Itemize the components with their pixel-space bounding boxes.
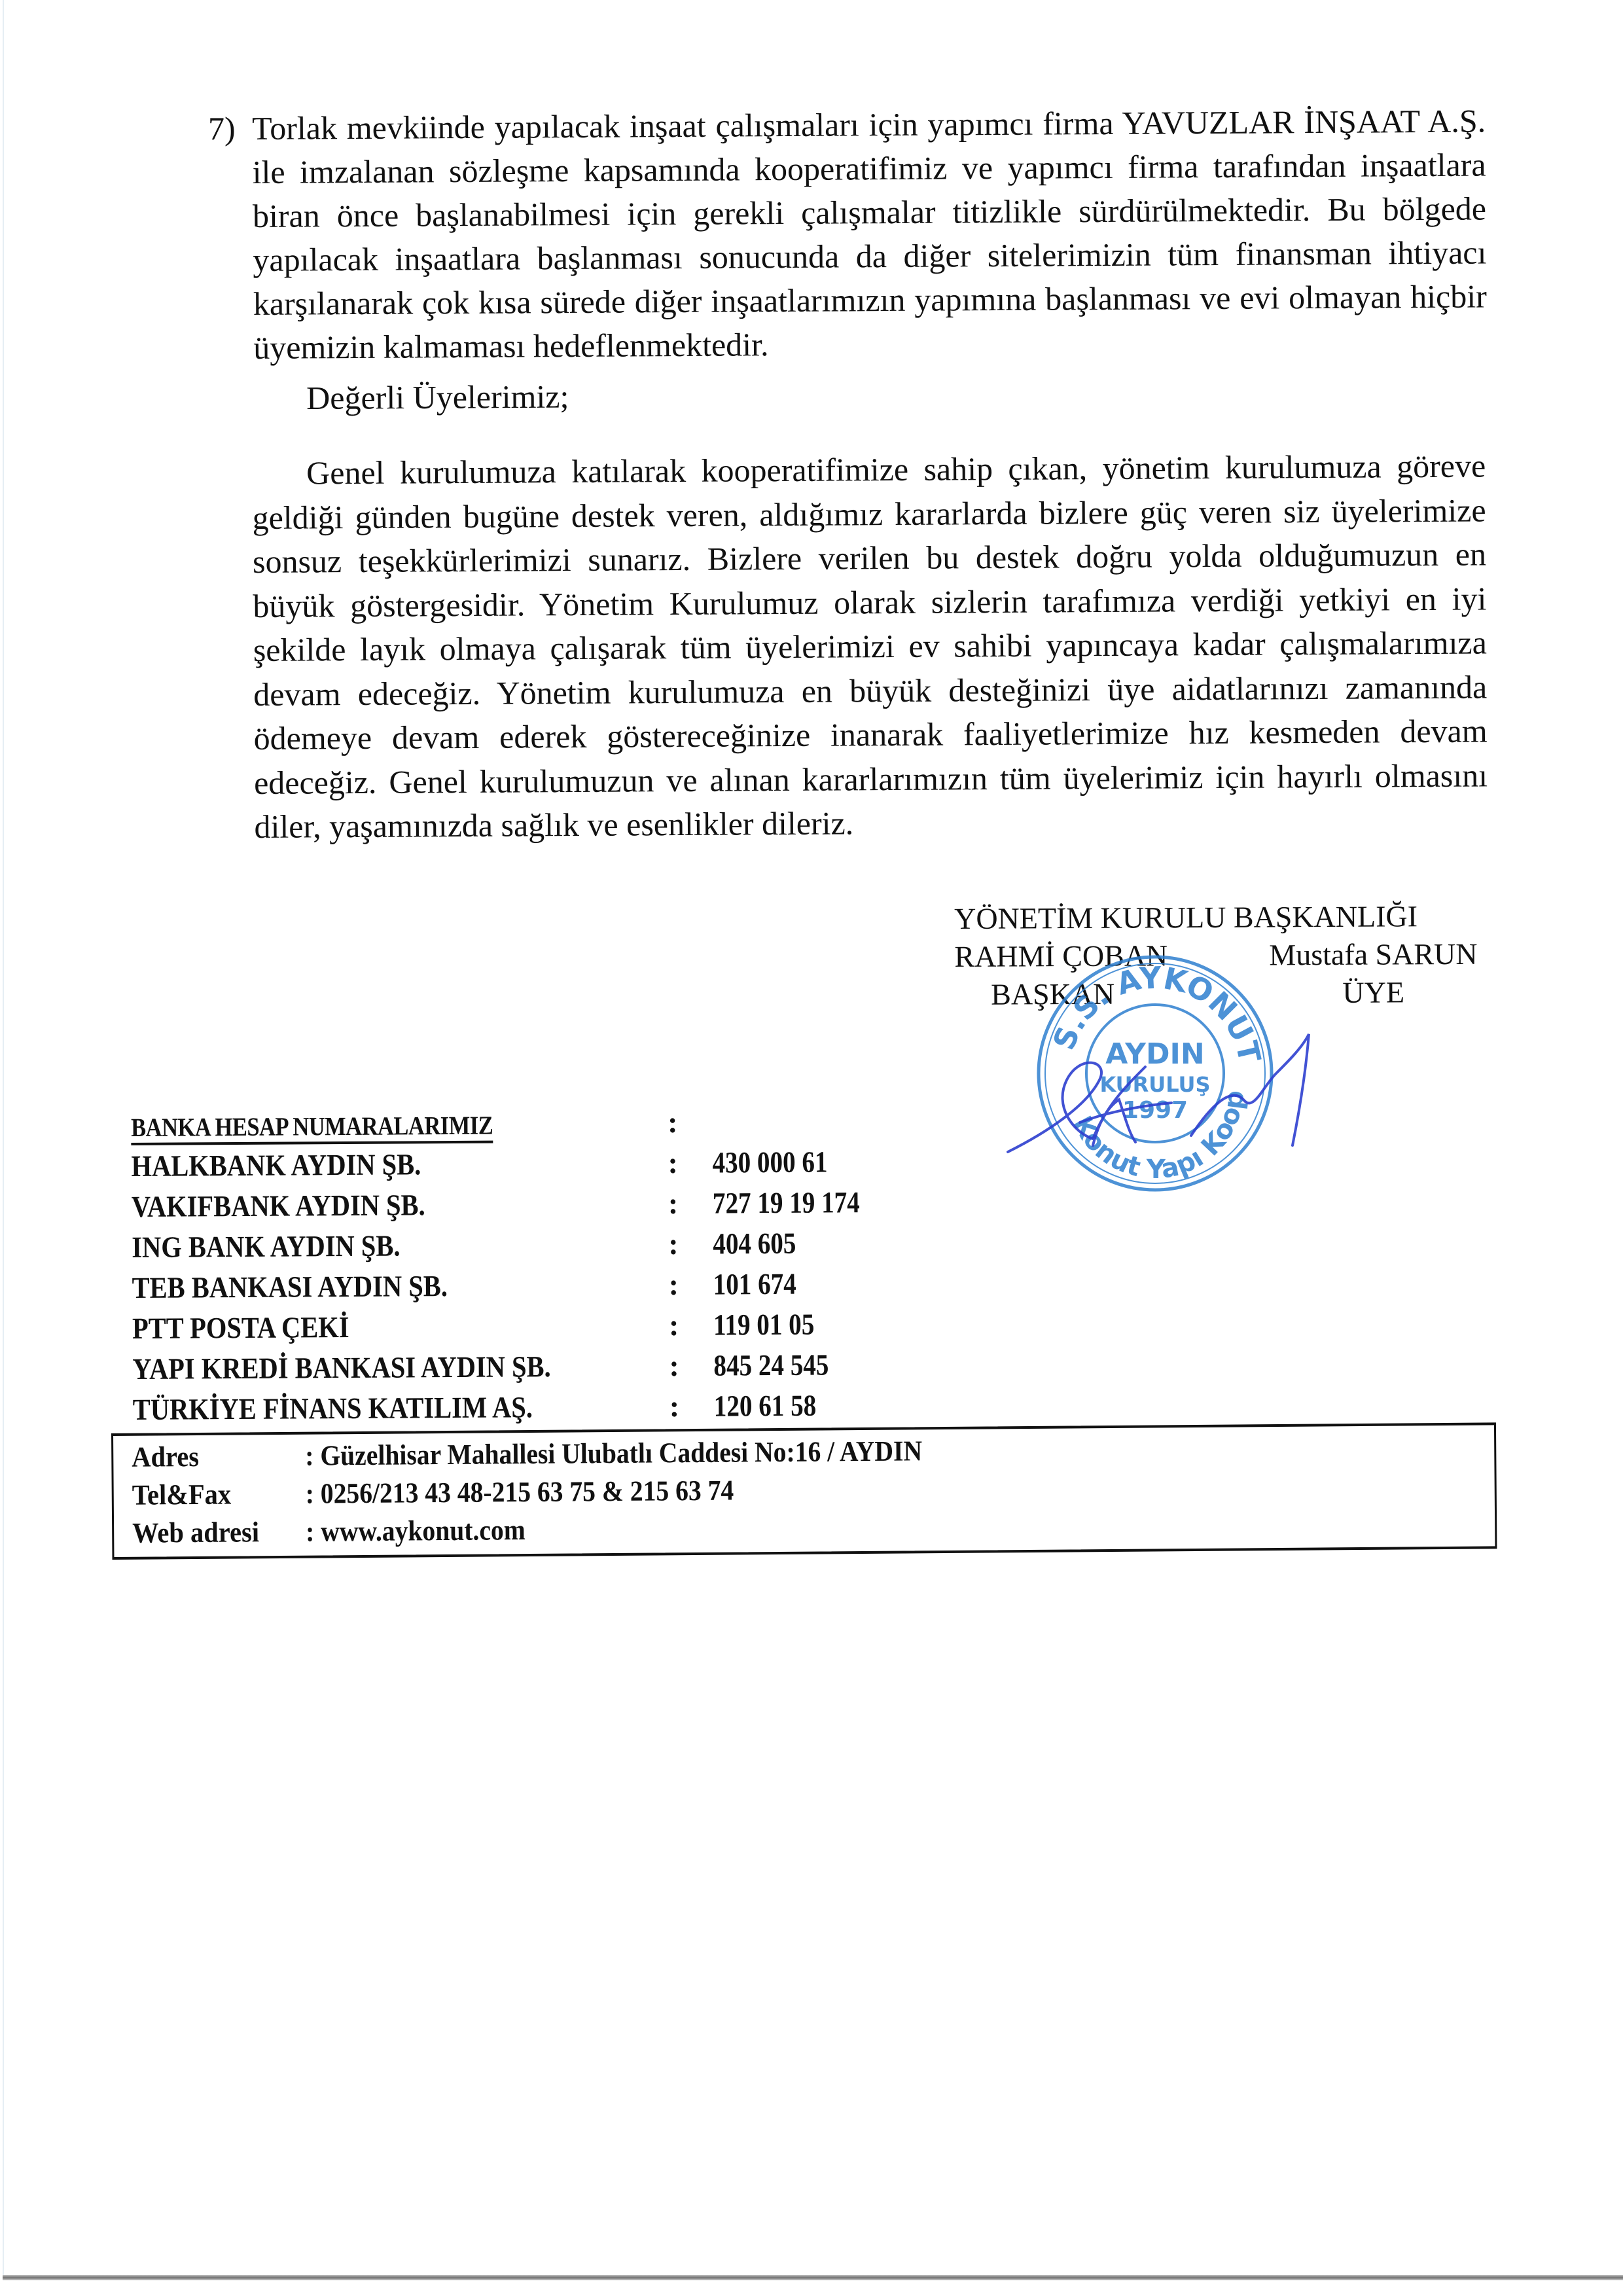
item-number: 7) xyxy=(208,107,236,151)
scan-edge-left xyxy=(3,0,4,2278)
signer-name-chairman: RAHMİ ÇOBAN xyxy=(954,937,1236,976)
bank-name: PTT POSTA ÇEKİ xyxy=(132,1308,605,1346)
bank-name: TEB BANKASI AYDIN ŞB. xyxy=(132,1268,605,1305)
bank-accounts-heading-row: BANKA HESAP NUMARALARIMIZ : xyxy=(131,1101,982,1143)
numbered-item-7: 7) Torlak mevkiinde yapılacak inşaat çal… xyxy=(208,107,1486,370)
bank-account-rows: HALKBANK AYDIN ŞB.:430 000 61VAKIFBANK A… xyxy=(131,1138,984,1427)
bank-name: VAKIFBANK AYDIN ŞB. xyxy=(132,1187,604,1224)
account-number: 727 19 19 174 xyxy=(713,1185,860,1220)
salutation: Değerli Üyelerimiz; xyxy=(306,375,569,420)
contact-value: : Güzelhisar Mahallesi Ulubatlı Caddesi … xyxy=(305,1434,922,1472)
bank-account-row: ING BANK AYDIN ŞB.:404 605 xyxy=(132,1219,982,1265)
account-number: 120 61 58 xyxy=(714,1388,817,1424)
bank-accounts-table: BANKA HESAP NUMARALARIMIZ : HALKBANK AYD… xyxy=(131,1101,984,1427)
contact-value: : 0256/213 43 48-215 63 75 & 215 63 74 xyxy=(306,1474,734,1511)
signer-roles: BAŞKAN ÜYE xyxy=(955,973,1491,1014)
bank-account-row: PTT POSTA ÇEKİ:119 01 05 xyxy=(132,1300,983,1346)
svg-text:KURULUŞ: KURULUŞ xyxy=(1099,1072,1210,1097)
signature-block: YÖNETİM KURULU BAŞKANLIĞI RAHMİ ÇOBAN Mu… xyxy=(954,897,1491,1014)
row-colon: : xyxy=(669,1308,713,1342)
handwritten-signature-icon xyxy=(995,1008,1335,1165)
board-title: YÖNETİM KURULU BAŞKANLIĞI xyxy=(954,897,1491,938)
bank-account-row: TEB BANKASI AYDIN ŞB.:101 674 xyxy=(132,1259,982,1305)
contact-info-box: Adres: Güzelhisar Mahallesi Ulubatlı Cad… xyxy=(111,1422,1497,1560)
contact-value: : www.aykonut.com xyxy=(306,1513,526,1549)
account-number: 430 000 61 xyxy=(712,1144,827,1179)
closing-paragraph: Genel kurulumuza katılarak kooperatifimi… xyxy=(252,444,1488,849)
scan-edge-bottom xyxy=(3,2275,1623,2280)
signer-role-chairman: BAŞKAN xyxy=(955,975,1151,1014)
item-7-text: Torlak mevkiinde yapılacak inşaat çalışm… xyxy=(252,99,1487,370)
row-colon: : xyxy=(668,1227,713,1261)
account-number: 845 24 545 xyxy=(713,1347,829,1382)
signer-names: RAHMİ ÇOBAN Mustafa SARUN xyxy=(954,935,1491,976)
bank-name: YAPI KREDİ BANKASI AYDIN ŞB. xyxy=(132,1349,605,1386)
bank-account-row: YAPI KREDİ BANKASI AYDIN ŞB.:845 24 545 xyxy=(132,1340,983,1386)
bank-name: HALKBANK AYDIN ŞB. xyxy=(131,1146,603,1183)
bank-account-row: VAKIFBANK AYDIN ŞB.:727 19 19 174 xyxy=(132,1178,982,1224)
bank-name: ING BANK AYDIN ŞB. xyxy=(132,1227,604,1265)
heading-colon: : xyxy=(668,1105,712,1139)
row-colon: : xyxy=(669,1389,714,1424)
bank-account-row: TÜRKİYE FİNANS KATILIM AŞ.:120 61 58 xyxy=(133,1381,984,1427)
account-number: 119 01 05 xyxy=(713,1307,815,1342)
bank-accounts-heading: BANKA HESAP NUMARALARIMIZ xyxy=(131,1109,559,1143)
signer-role-member: ÜYE xyxy=(1256,973,1491,1013)
account-number: 101 674 xyxy=(713,1266,796,1302)
row-colon: : xyxy=(668,1145,712,1180)
row-colon: : xyxy=(669,1267,713,1302)
row-colon: : xyxy=(668,1186,713,1221)
svg-text:AYDIN: AYDIN xyxy=(1105,1037,1204,1071)
row-colon: : xyxy=(669,1348,713,1383)
signer-name-member: Mustafa SARUN xyxy=(1255,935,1491,975)
contact-rows: Adres: Güzelhisar Mahallesi Ulubatlı Cad… xyxy=(113,1425,1495,1550)
account-number: 404 605 xyxy=(713,1226,796,1261)
contact-label: Web adresi xyxy=(132,1515,292,1550)
contact-label: Adres xyxy=(132,1439,291,1474)
closing-paragraph-block: Genel kurulumuza katılarak kooperatifimi… xyxy=(252,444,1488,849)
svg-text:1997: 1997 xyxy=(1122,1097,1188,1124)
bank-name: TÜRKİYE FİNANS KATILIM AŞ. xyxy=(133,1390,605,1427)
contact-label: Tel&Fax xyxy=(132,1477,292,1512)
